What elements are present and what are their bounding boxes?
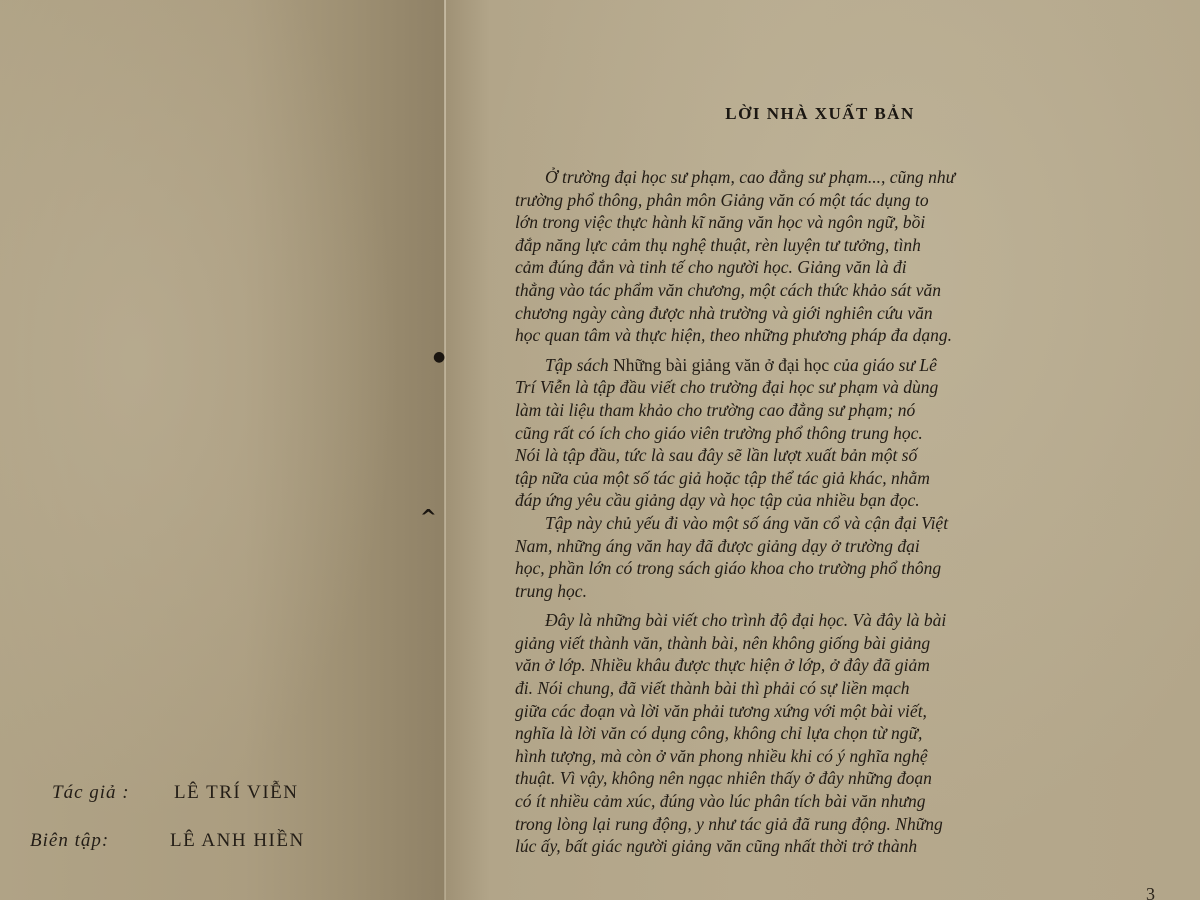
text-line: giảng viết thành văn, thành bài, nên khô… — [515, 632, 1155, 655]
text-line: có ít nhiều cảm xúc, đúng vào lúc phân t… — [515, 790, 1155, 813]
ink-mark-caret: ^ — [420, 505, 437, 529]
text-line: học quan tâm và thực hiện, theo những ph… — [515, 324, 1155, 347]
editor-name: LÊ ANH HIỀN — [170, 830, 305, 852]
text-line: trung học. — [515, 580, 1155, 603]
text-line: Tập này chủ yếu đi vào một số áng văn cổ… — [515, 512, 1155, 535]
book-spread: ● ^ Tác giả : LÊ TRÍ VIỄN Biên tập: LÊ A… — [0, 0, 1200, 900]
book-title: Những bài giảng văn ở đại học — [613, 355, 829, 375]
text-line: lớn trong việc thực hành kĩ năng văn học… — [515, 211, 1155, 234]
text-line: đáp ứng yêu cầu giảng dạy và học tập của… — [515, 489, 1155, 512]
text-line: đi. Nói chung, đã viết thành bài thì phả… — [515, 677, 1155, 700]
text-line: giữa các đoạn và lời văn phải tương xứng… — [515, 700, 1155, 723]
left-page — [0, 0, 445, 900]
paragraph-2: Tập sách Những bài giảng văn ở đại học c… — [515, 354, 1155, 512]
text-line: hình tượng, mà còn ở văn phong nhiều khi… — [515, 745, 1155, 768]
text-line: Nói là tập đầu, tức là sau đây sẽ lần lư… — [515, 444, 1155, 467]
text-italic: của giáo sư Lê — [829, 355, 937, 375]
text-italic: Tập sách — [545, 355, 613, 375]
credit-editor: Biên tập: LÊ ANH HIỀN — [30, 830, 410, 878]
paragraph-4: Đây là những bài viết cho trình độ đại h… — [515, 609, 1155, 858]
author-label: Tác giả : — [30, 782, 174, 804]
text-line: chương ngày càng được nhà trường và giới… — [515, 302, 1155, 325]
text-line: Đây là những bài viết cho trình độ đại h… — [515, 609, 1155, 632]
paragraph-3: Tập này chủ yếu đi vào một số áng văn cổ… — [515, 512, 1155, 602]
credits-block: Tác giả : LÊ TRÍ VIỄN Biên tập: LÊ ANH H… — [30, 782, 410, 878]
text-line: thẳng vào tác phẩm văn chương, một cách … — [515, 279, 1155, 302]
text-line: Ở trường đại học sư phạm, cao đẳng sư ph… — [515, 166, 1155, 189]
text-line: làm tài liệu tham khảo cho trường cao đẳ… — [515, 399, 1155, 422]
text-line: trường phổ thông, phân môn Giảng văn có … — [515, 189, 1155, 212]
editor-label: Biên tập: — [30, 830, 170, 852]
text-line: Tập sách Những bài giảng văn ở đại học c… — [515, 354, 1155, 377]
ink-mark-dot: ● — [433, 349, 445, 365]
text-line: thuật. Vì vậy, không nên ngạc nhiên thấy… — [515, 767, 1155, 790]
text-line: tập nữa của một số tác giả hoặc tập thể … — [515, 467, 1155, 490]
text-line: cảm đúng đắn và tinh tế cho người học. G… — [515, 256, 1155, 279]
text-line: lúc ấy, bất giác người giảng văn cũng nh… — [515, 835, 1155, 858]
text-line: nghĩa là lời văn có dụng công, không chỉ… — [515, 722, 1155, 745]
text-line: văn ở lớp. Nhiều khâu được thực hiện ở l… — [515, 654, 1155, 677]
credit-author: Tác giả : LÊ TRÍ VIỄN — [30, 782, 410, 830]
text-line: Trí Viễn là tập đầu viết cho trường đại … — [515, 376, 1155, 399]
author-name: LÊ TRÍ VIỄN — [174, 782, 299, 804]
page-title: LỜI NHÀ XUẤT BẢN — [620, 104, 1020, 124]
text-line: cũng rất có ích cho giáo viên trường phổ… — [515, 422, 1155, 445]
text-line: học, phần lớn có trong sách giáo khoa ch… — [515, 557, 1155, 580]
page-number: 3 — [1146, 884, 1155, 900]
paragraph-1: Ở trường đại học sư phạm, cao đẳng sư ph… — [515, 166, 1155, 347]
text-line: đắp năng lực cảm thụ nghệ thuật, rèn luy… — [515, 234, 1155, 257]
text-line: Nam, những áng văn hay đã được giảng dạy… — [515, 535, 1155, 558]
book-gutter — [444, 0, 446, 900]
publisher-foreword: Ở trường đại học sư phạm, cao đẳng sư ph… — [515, 166, 1155, 858]
text-line: trong lòng lại rung động, y như tác giả … — [515, 813, 1155, 836]
